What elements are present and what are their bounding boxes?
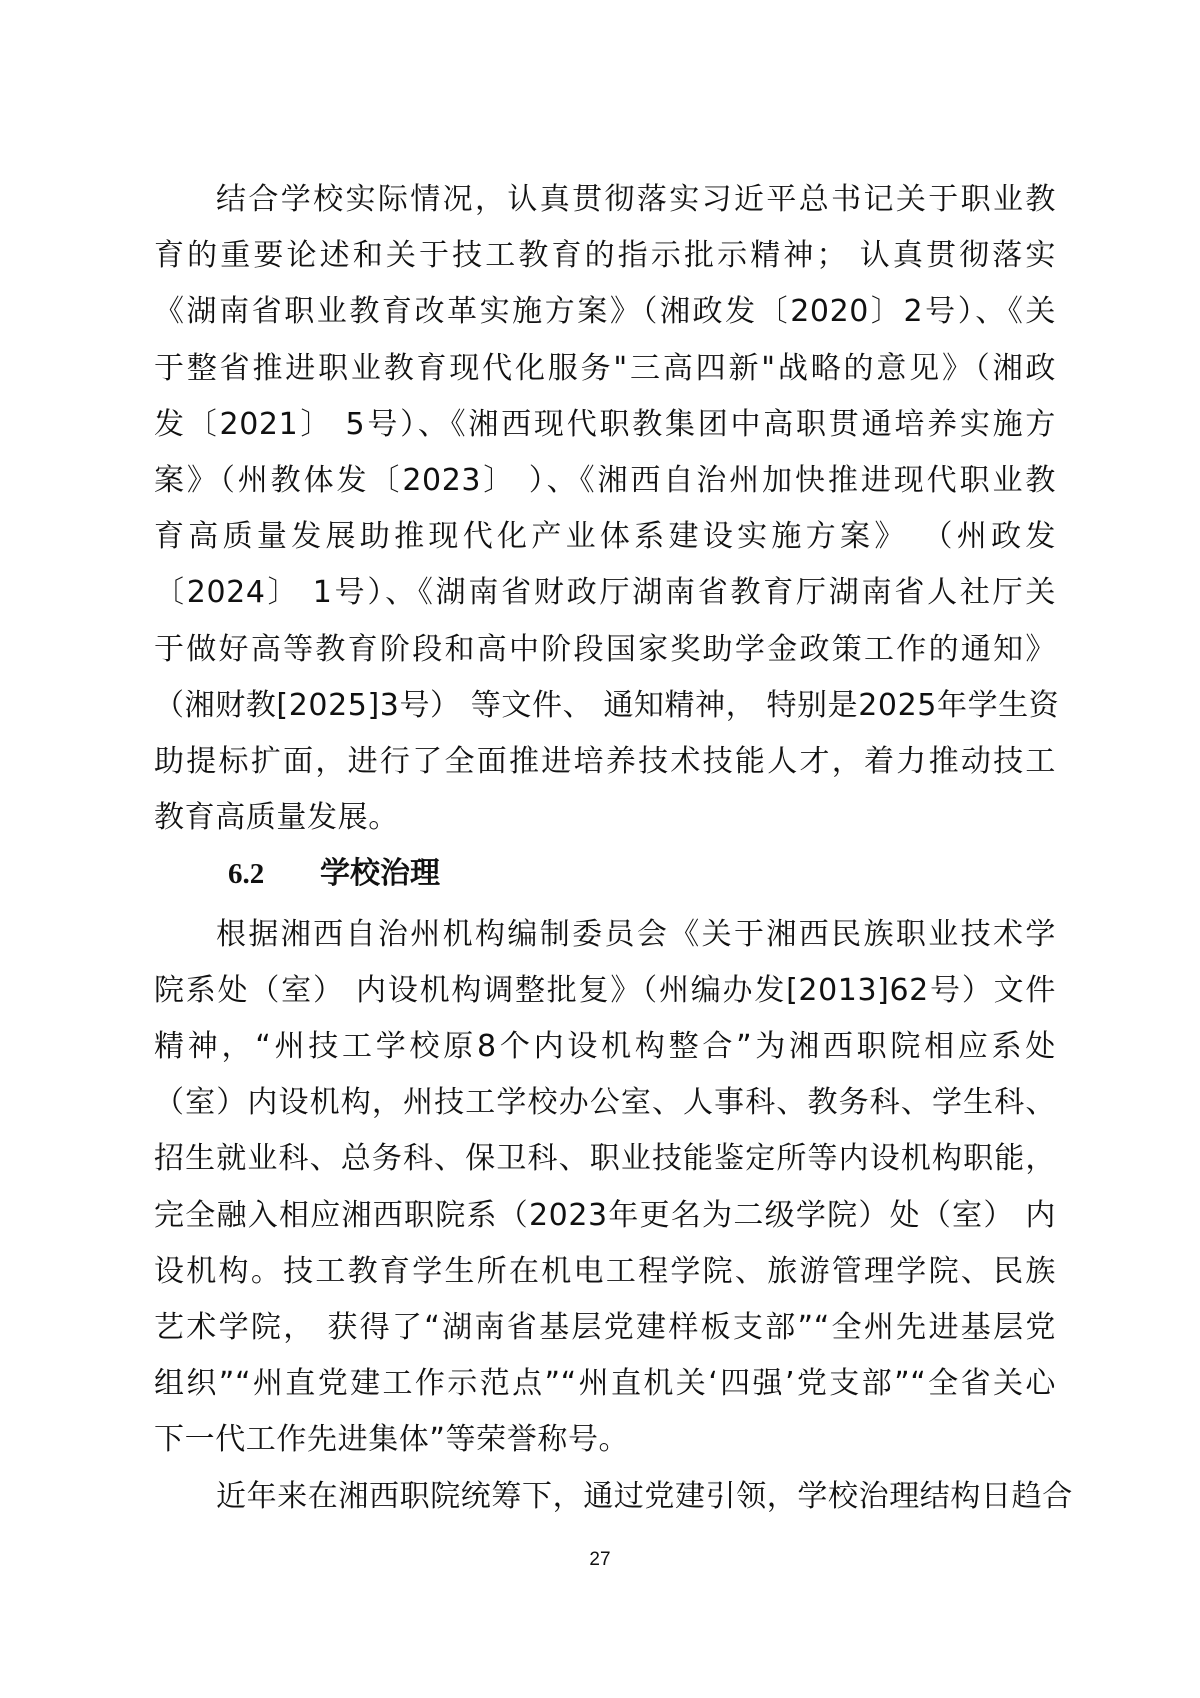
text-line: 《湖南省职业教育改革实施方案》（湘政发〔2020〕2号）、《关 — [154, 284, 1056, 340]
page-content: 结合学校实际情况，认真贯彻落实习近平总书记关于职业教 育的重要论述和关于技工教育… — [154, 172, 1056, 1525]
text-line: 于做好高等教育阶段和高中阶段国家奖助学金政策工作的通知》 — [154, 622, 1056, 678]
text-line: 发〔2021〕 5号）、《湘西现代职教集团中高职贯通培养实施方 — [154, 397, 1056, 453]
paragraph-school-governance: 根据湘西自治州机构编制委员会《关于湘西民族职业技术学 院系处（室） 内设机构调整… — [154, 907, 1056, 1469]
text-line: 设机构。技工教育学生所在机电工程学院、旅游管理学院、民族 — [154, 1244, 1056, 1300]
text-line: 根据湘西自治州机构编制委员会《关于湘西民族职业技术学 — [154, 907, 1056, 963]
text-line: 完全融入相应湘西职院系（2023年更名为二级学院）处（室） 内 — [154, 1188, 1056, 1244]
text-line: 结合学校实际情况，认真贯彻落实习近平总书记关于职业教 — [154, 172, 1056, 228]
text-line: 育的重要论述和关于技工教育的指示批示精神； 认真贯彻落实 — [154, 228, 1056, 284]
paragraph-governance-structure: 近年来在湘西职院统筹下，通过党建引领，学校治理结构日趋合 — [154, 1469, 1056, 1525]
text-line: 案》（州教体发〔2023〕 ）、《湘西自治州加快推进现代职业教 — [154, 453, 1056, 509]
text-line: 艺术学院， 获得了“湖南省基层党建样板支部”“全州先进基层党 — [154, 1300, 1056, 1356]
text-line: 育高质量发展助推现代化产业体系建设实施方案》 （州政发 — [154, 509, 1056, 565]
text-line: 助提标扩面，进行了全面推进培养技术技能人才，着力推动技工 — [154, 734, 1056, 790]
paragraph-policy-implementation: 结合学校实际情况，认真贯彻落实习近平总书记关于职业教 育的重要论述和关于技工教育… — [154, 172, 1056, 846]
section-heading: 6.2 学校治理 — [154, 846, 1056, 902]
text-line: 组织”“州直党建工作示范点”“州直机关‘四强’党支部”“全省关心 — [154, 1356, 1056, 1412]
text-line: 于整省推进职业教育现代化服务"三高四新"战略的意见》（湘政 — [154, 341, 1056, 397]
text-line: 教育高质量发展。 — [154, 790, 1056, 846]
text-line: 近年来在湘西职院统筹下，通过党建引领，学校治理结构日趋合 — [154, 1469, 1056, 1525]
section-title: 学校治理 — [320, 846, 440, 902]
text-line: （湘财教[2025]3号） 等文件、 通知精神， 特别是2025年学生资 — [154, 678, 1056, 734]
text-line: 院系处（室） 内设机构调整批复》（州编办发[2013]62号）文件 — [154, 963, 1056, 1019]
section-number: 6.2 — [228, 846, 320, 902]
text-line: 招生就业科、总务科、保卫科、职业技能鉴定所等内设机构职能， — [154, 1131, 1056, 1187]
document-page: 结合学校实际情况，认真贯彻落实习近平总书记关于职业教 育的重要论述和关于技工教育… — [0, 0, 1200, 1698]
text-line: 〔2024〕 1号）、《湖南省财政厅湖南省教育厅湖南省人社厅关 — [154, 565, 1056, 621]
text-line: 精神，“州技工学校原8个内设机构整合”为湘西职院相应系处 — [154, 1019, 1056, 1075]
text-line: （室）内设机构，州技工学校办公室、人事科、教务科、学生科、 — [154, 1075, 1056, 1131]
text-line: 下一代工作先进集体”等荣誉称号。 — [154, 1412, 1056, 1468]
page-number: 27 — [0, 1549, 1200, 1571]
